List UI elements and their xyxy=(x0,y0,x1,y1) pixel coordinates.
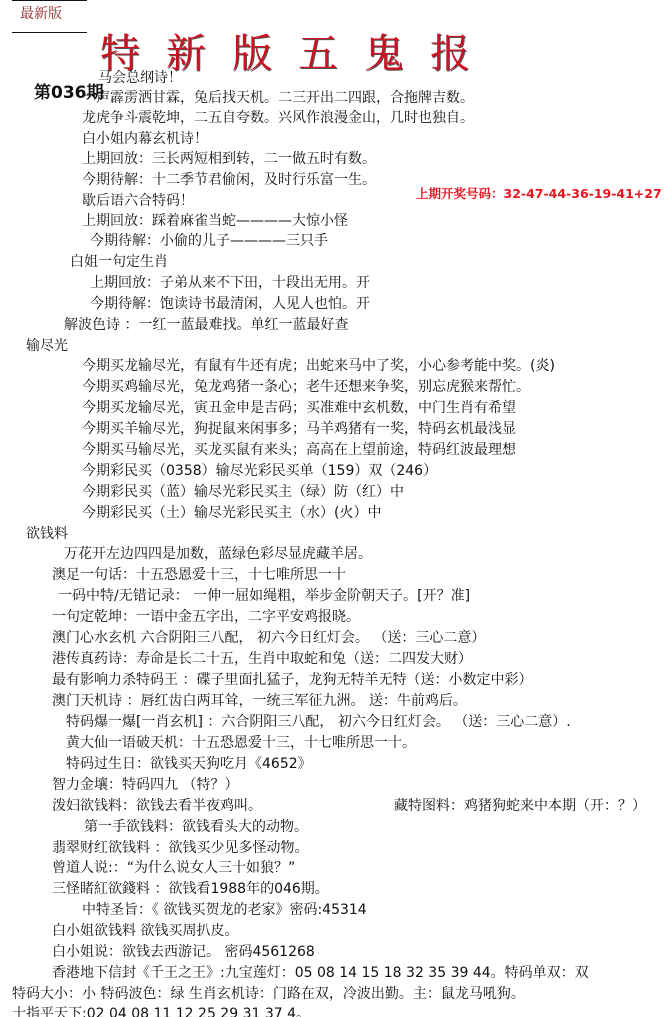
text-line: 欲钱料 xyxy=(26,524,68,544)
text-line: 今期买羊输尽光，狗捉鼠来闲事多；马羊鸡猪有一奖，特码玄机最浅显 xyxy=(82,419,516,439)
top-rule xyxy=(12,0,87,1)
text-line: 第一手欲钱料：欲钱看头大的动物。 xyxy=(84,817,308,837)
text-line: 香港地下信封《千王之王》:九宝莲灯：05 08 14 15 18 32 35 3… xyxy=(52,963,589,983)
text-line: 马会总纲诗！ xyxy=(98,68,182,88)
text-line: 上期回放：子弟从来不下田，十段出无用。开 xyxy=(90,273,370,293)
last-draw-numbers: 上期开奖号码：32-47-44-36-19-41+27 xyxy=(416,184,662,202)
text-line: 中特圣旨：《 欲钱买贺龙的老家》密码:45314 xyxy=(82,900,367,920)
text-line: 一句定乾坤：一语中金五字出，二字平安鸡报晓。 xyxy=(52,607,360,627)
text-line: 最有影响力杀特码王 ：碟子里面扎猛子，龙狗无特羊无特（送：小数定中彩） xyxy=(52,670,532,690)
text-line: 今期彩民买（0358）输尽光彩民买单（159）双（246） xyxy=(82,461,437,481)
text-line: 今期待解：十二季节君偷闲，及时行乐富一生。 xyxy=(82,170,376,190)
text-line: 今期买龙输尽光，有鼠有牛还有虎；出蛇来马中了奖，小心参考能中奖。(炎) xyxy=(82,356,555,376)
text-line: 白姐一句定生肖 xyxy=(70,252,168,272)
text-line: 澳门天机诗 ：唇红齿白两耳耸，一统三军征九洲。 送：牛前鸡后。 xyxy=(52,691,467,711)
text-line: 一声霹雳洒甘霖，兔后找天机。二三开出二四跟，合拖牌吉数。 xyxy=(82,88,474,108)
text-line: 澳足一句话：十五恐恩爱十三，十七唯所思一十 xyxy=(52,565,346,585)
text-line: 龙虎争斗震乾坤，二五自夸数。兴风作浪漫金山，几时也独自。 xyxy=(82,108,474,128)
tag-rule xyxy=(12,32,87,33)
text-line: 今期买龙输尽光，寅丑金申是吉码；买准难中玄机数，中门生肖有希望 xyxy=(82,398,516,418)
text-line: 特码过生日：欲钱买天狗吃月《4652》 xyxy=(66,754,312,774)
text-line: 白小姐欲钱料 欲钱买周扒皮。 xyxy=(52,921,238,941)
text-line: 今期彩民买（土）输尽光彩民买主（水）(火）中 xyxy=(82,503,381,523)
edition-tag: 最新版 xyxy=(20,3,62,23)
text-line: 黄大仙一语破天机：十五恐恩爱十三，十七唯所思一十。 xyxy=(66,733,416,753)
text-line: 十指平天下:02 04 08 11 12 25 29 31 37 4。 xyxy=(12,1004,310,1017)
text-line: 白小姐说：欲钱去西游记。 密码4561268 xyxy=(52,942,315,962)
text-line: 特码大小：小 特码波色：绿 生肖玄机诗：门路在双，冷波出勤。主：鼠龙马吼狗。 xyxy=(12,984,525,1004)
text-line: 翡翠财红欲钱料 ：欲钱买少见多怪动物。 xyxy=(52,838,308,858)
text-line: 今期彩民买（蓝）输尽光彩民买主（绿）防（红）中 xyxy=(82,482,404,502)
text-line: 三怪睹紅欲錢料 ：欲钱看1988年的046期。 xyxy=(52,879,329,899)
text-line: 一码中特/无错记录： 一伸一屈如绳粗，举步金阶朝天子。[开？准] xyxy=(58,586,470,606)
text-line: 白小姐内幕玄机诗！ xyxy=(82,129,208,149)
text-line: 上期回放：踩着麻雀当蛇————大惊小怪 xyxy=(82,211,348,231)
text-line: 万花开左边四四是加数，蓝绿色彩尽显虎藏羊居。 xyxy=(64,544,372,564)
text-line: 智力金壤：特码四九 （特？） xyxy=(52,775,238,795)
text-line: 港传真药诗：寿命是长二十五，生肖中取蛇和兔（送：二四发大财） xyxy=(52,649,472,669)
text-line: 今期待解：饱读诗书最清闲，人见人也怕。开 xyxy=(90,294,370,314)
text-line: 今期买鸡输尽光，兔龙鸡猪一条心；老牛还想来争奖，别忘虎猴来帮忙。 xyxy=(82,377,530,397)
text-line: 解波色诗 ：一红一蓝最难找。单红一蓝最好查 xyxy=(64,315,348,335)
text-line: 输尽光 xyxy=(26,336,68,356)
text-line: 歇后语六合特码！ xyxy=(82,191,194,211)
text-line: 澳门心水玄机 六合阴阳三八配， 初六今日红灯会。 （送：三心二意） xyxy=(52,628,485,648)
text-line: 今期待解：小偷的儿子————三只手 xyxy=(90,231,328,251)
text-line: 藏特图料：鸡猪狗蛇来中本期（开：？） xyxy=(394,796,646,816)
text-line: 曾道人说:：“为什么说女人三十如狼？” xyxy=(52,858,295,878)
text-line: 上期回放：三长两短相到转，二一做五时有数。 xyxy=(82,149,376,169)
text-line: 泼妇欲钱料：欲钱去看半夜鸡叫。 xyxy=(52,796,262,816)
text-line: 特码爆一爆[一肖玄机] ：六合阴阳三八配， 初六今日红灯会。 （送：三心二意）. xyxy=(66,712,571,732)
text-line: 今期买马输尽光，买龙买鼠有来头；高高在上望前途，特码红波最理想 xyxy=(82,440,516,460)
